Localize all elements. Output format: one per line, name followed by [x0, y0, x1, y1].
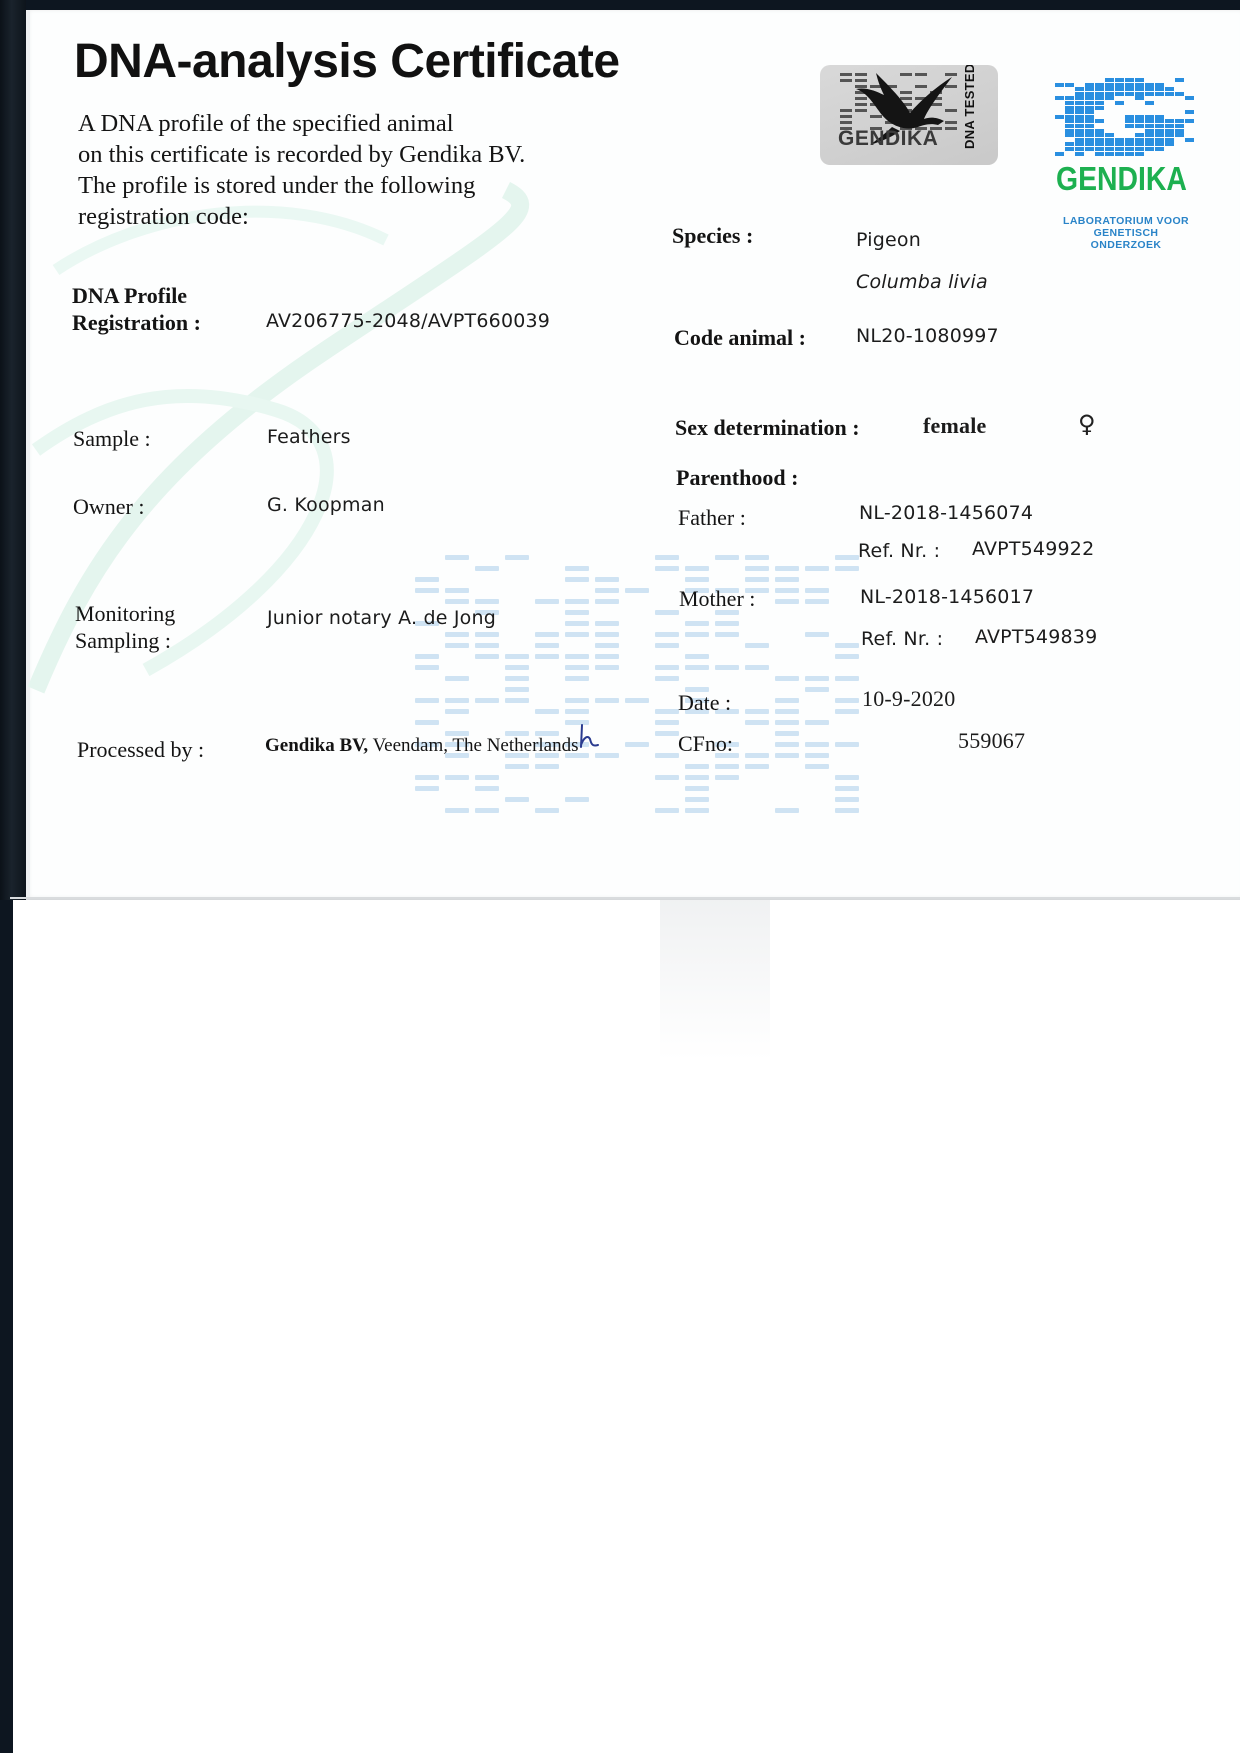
logo-subtitle-line: GENETISCH ONDERZOEK [1058, 227, 1194, 251]
logo-subtitle-line: LABORATORIUM VOOR [1058, 215, 1194, 227]
mother-ref-label: Ref. Nr. : [861, 628, 943, 650]
species-label: Species : [672, 223, 753, 249]
processed-by-value: Gendika BV, Veendam, The Netherlands [265, 735, 579, 757]
intro-text: A DNA profile of the specified animal on… [78, 108, 598, 232]
registration-value: AV206775-2048/AVPT660039 [266, 310, 550, 332]
badge-vertical-text: DNA TESTED [962, 65, 977, 149]
code-animal-label: Code animal : [674, 325, 806, 351]
mother-ref-value: AVPT549839 [975, 626, 1097, 648]
registration-label-line1: DNA Profile [72, 283, 187, 309]
owner-label: Owner : [73, 494, 144, 520]
intro-line: A DNA profile of the specified animal [78, 108, 598, 139]
processed-by-location: Veendam, The Netherlands [373, 735, 579, 756]
date-value: 10-9-2020 [862, 686, 955, 712]
intro-line: on this certificate is recorded by Gendi… [78, 139, 598, 170]
cfno-value: 559067 [958, 728, 1025, 754]
mother-ring: NL-2018-1456017 [860, 586, 1034, 608]
handwritten-initial [578, 723, 600, 753]
mother-label: Mother : [679, 586, 755, 612]
scan-smudge [660, 900, 770, 1060]
dna-g-logo-icon [1055, 78, 1195, 156]
species-scientific-name: Columba livia [856, 271, 988, 293]
father-ref-value: AVPT549922 [972, 538, 1094, 560]
intro-line: registration code: [78, 201, 598, 232]
female-symbol-icon: ♀ [1078, 410, 1096, 438]
monitoring-value: Junior notary A. de Jong [267, 607, 496, 629]
parenthood-label: Parenthood : [676, 465, 798, 491]
sex-value: female [923, 413, 987, 439]
sample-value: Feathers [267, 426, 351, 448]
date-label: Date : [678, 690, 731, 716]
registration-label-line2: Registration : [72, 310, 201, 336]
cfno-label: CFno: [678, 731, 733, 757]
species-common-name: Pigeon [856, 229, 921, 251]
logo-subtitle: LABORATORIUM VOOR GENETISCH ONDERZOEK [1058, 215, 1194, 251]
owner-value: G. Koopman [267, 494, 385, 516]
intro-line: The profile is stored under the followin… [78, 170, 598, 201]
father-ref-label: Ref. Nr. : [858, 540, 940, 562]
sample-label: Sample : [73, 426, 151, 452]
dna-tested-badge: GENDIKA DNA TESTED [820, 65, 998, 165]
card-edge [26, 10, 30, 898]
scan-background-left-edge [0, 0, 26, 900]
code-animal-value: NL20-1080997 [856, 325, 999, 347]
scan-background-top [0, 0, 1240, 10]
sex-label: Sex determination : [675, 415, 860, 441]
dna-bars-watermark [415, 555, 885, 825]
logo-name: GENDIKA [1056, 160, 1187, 198]
badge-brand: GENDIKA [838, 127, 938, 151]
certificate-title: DNA-analysis Certificate [74, 34, 620, 89]
processed-by-company: Gendika BV, [265, 735, 368, 756]
card-bottom-edge [10, 897, 1240, 899]
processed-by-label: Processed by : [77, 737, 204, 763]
father-ring: NL-2018-1456074 [859, 502, 1033, 524]
monitoring-label-line1: Monitoring [75, 601, 175, 627]
father-label: Father : [678, 505, 746, 531]
monitoring-label-line2: Sampling : [75, 628, 171, 654]
